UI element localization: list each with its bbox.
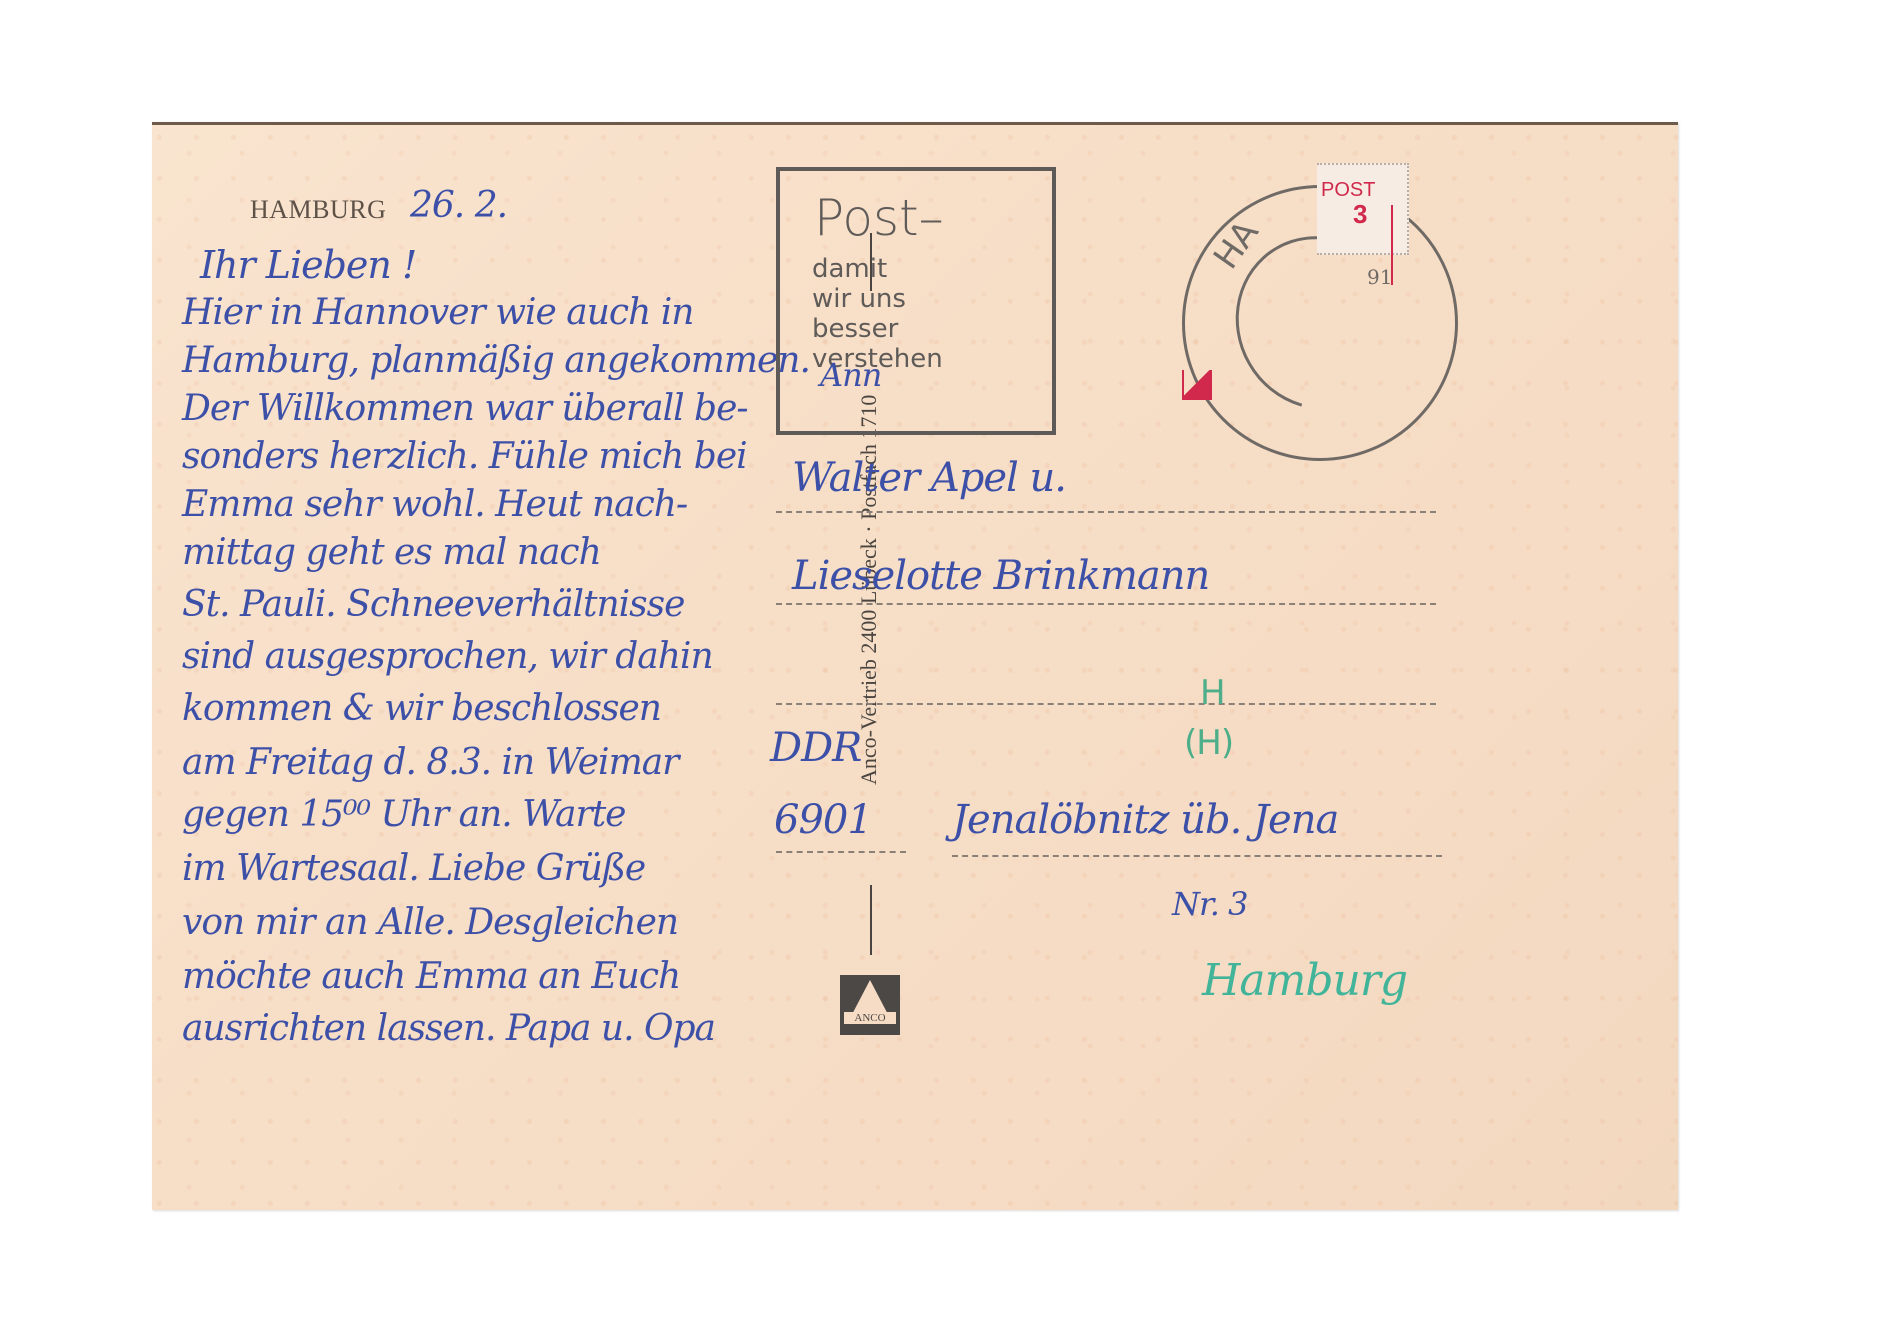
message-line: Der Willkommen war überall be- [182, 391, 748, 427]
printed-city-label: HAMBURG [250, 195, 386, 225]
address-rule-3 [776, 703, 1436, 705]
slogan-line: damit [812, 255, 943, 285]
message-line: mittag geht es mal nach [182, 535, 601, 571]
postmark-year: 91 [1367, 265, 1392, 289]
message-line: im Wartesaal. Liebe Grüße [182, 851, 645, 887]
stamp-value: 3 [1353, 199, 1367, 230]
message-line: Hier in Hannover wie auch in [182, 295, 693, 331]
address-postcode: 6901 [774, 797, 872, 843]
address-line-1: Walter Apel u. [792, 455, 1066, 501]
anco-logo-icon: ANCO [840, 975, 900, 1035]
address-rule-1 [776, 511, 1436, 513]
postage-stamp: POST 3 [1317, 163, 1409, 255]
slogan-title: Post– [814, 189, 944, 247]
message-line: gegen 15⁰⁰ Uhr an. Warte [182, 797, 625, 833]
address-house: Nr. 3 [1172, 885, 1247, 923]
slogan-line: wir uns [812, 285, 943, 315]
address-line-2: Lieselotte Brinkmann [792, 553, 1209, 599]
teal-signature: Hamburg [1202, 955, 1407, 1006]
slogan-cancellation: Post– damit wir uns besser verstehen Ann [776, 167, 1056, 435]
message-line: sind ausgesprochen, wir dahin [182, 639, 713, 675]
anco-logo-text: ANCO [844, 1012, 896, 1024]
stamp-frame-line [1391, 205, 1393, 285]
message-line: ausrichten lassen. Papa u. Opa [182, 1011, 715, 1047]
address-rule-postcode [776, 851, 906, 853]
divider-bottom [870, 885, 872, 955]
address-city: Jenalöbnitz üb. Jena [952, 797, 1338, 843]
address-country: DDR [770, 725, 861, 771]
address-rule-2 [776, 603, 1436, 605]
message-line: sonders herzlich. Fühle mich bei [182, 439, 747, 475]
message-line: möchte auch Emma an Euch [182, 959, 680, 995]
message-line: am Freitag d. 8.3. in Weimar [182, 745, 678, 781]
message-line: St. Pauli. Schneeverhältnisse [182, 587, 684, 623]
message-line: Hamburg, planmäßig angekommen. [182, 343, 810, 379]
handwritten-date: 26. 2. [410, 185, 507, 226]
greeting: Ihr Lieben ! [200, 243, 416, 287]
green-annotation-h-paren: (H) [1184, 723, 1233, 763]
stamp-fragment [1182, 370, 1212, 400]
slogan-line: besser [812, 315, 943, 345]
address-rule-city [952, 855, 1442, 857]
message-line: Emma sehr wohl. Heut nach- [182, 487, 687, 523]
message-line: kommen & wir beschlossen [182, 691, 661, 727]
message-line: von mir an Alle. Desgleichen [182, 905, 678, 941]
postcard: HAMBURG 26. 2. Ihr Lieben ! Hier in Hann… [152, 122, 1678, 1210]
slogan-handwritten-overlay: Ann [820, 356, 881, 394]
green-annotation-h: H [1200, 673, 1225, 713]
